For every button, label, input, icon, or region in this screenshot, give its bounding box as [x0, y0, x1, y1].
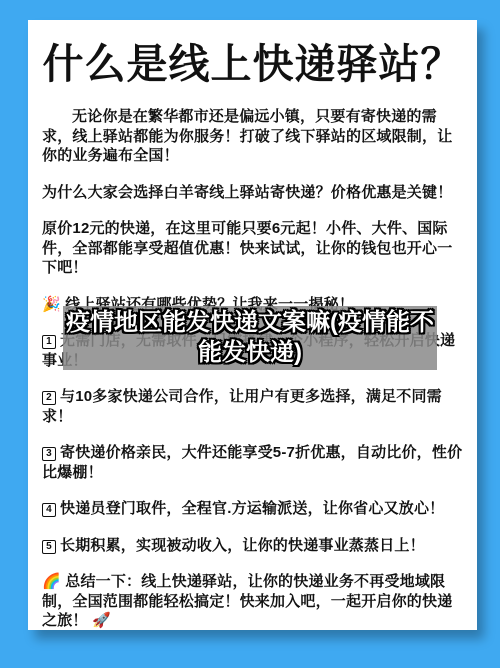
rocket-icon: 🚀: [92, 612, 111, 629]
watermark-text: 疫情地区能发快递文案嘛(疫情能不能发快递): [63, 308, 437, 368]
number-1-icon: 1: [42, 335, 56, 349]
number-3-icon: 3: [42, 447, 56, 461]
number-5-icon: 5: [42, 540, 56, 554]
page-title: 什么是线上快递驿站？: [42, 42, 463, 87]
watermark-overlay: 疫情地区能发快递文案嘛(疫情能不能发快递): [63, 306, 437, 370]
intro-paragraph: 无论你是在繁华都市还是偏远小镇，只要有寄快递的需求，线上驿站都能为你服务！打破了…: [42, 107, 463, 166]
party-popper-icon: 🎉: [42, 296, 61, 313]
summary-paragraph: 🌈 总结一下：线上快递驿站，让你的快递业务不再受地域限制，全国范围都能轻松搞定！…: [42, 572, 463, 631]
price-paragraph: 原价12元的快递，在这里可能只要6元起！小件、大件、国际件，全部都能享受超值优惠…: [42, 219, 463, 278]
advantage-item-5: 5长期积累，实现被动收入，让你的快递事业蒸蒸日上！: [42, 536, 463, 556]
poster-background: { "page": { "background_color": "#3fa9f1…: [0, 0, 500, 668]
number-2-icon: 2: [42, 391, 56, 405]
advantage-item-3: 3寄快递价格亲民，大件还能享受5-7折优惠，自动比价，性价比爆棚！: [42, 443, 463, 482]
advantage-item-2: 2与10多家快递公司合作，让用户有更多选择，满足不同需求！: [42, 387, 463, 426]
advantage-text-5: 长期积累，实现被动收入，让你的快递事业蒸蒸日上！: [60, 537, 425, 554]
advantage-text-2: 与10多家快递公司合作，让用户有更多选择，满足不同需求！: [42, 388, 442, 425]
advantage-item-4: 4快递员登门取件，全程官.方运输派送，让你省心又放心！: [42, 499, 463, 519]
advantage-text-3: 寄快递价格亲民，大件还能享受5-7折优惠，自动比价，性价比爆棚！: [42, 444, 462, 481]
advantage-text-4: 快递员登门取件，全程官.方运输派送，让你省心又放心！: [60, 500, 444, 517]
number-4-icon: 4: [42, 503, 56, 517]
rainbow-icon: 🌈: [42, 573, 61, 590]
why-choose-paragraph: 为什么大家会选择白羊寄线上驿站寄快递？价格优惠是关键！: [42, 183, 463, 203]
